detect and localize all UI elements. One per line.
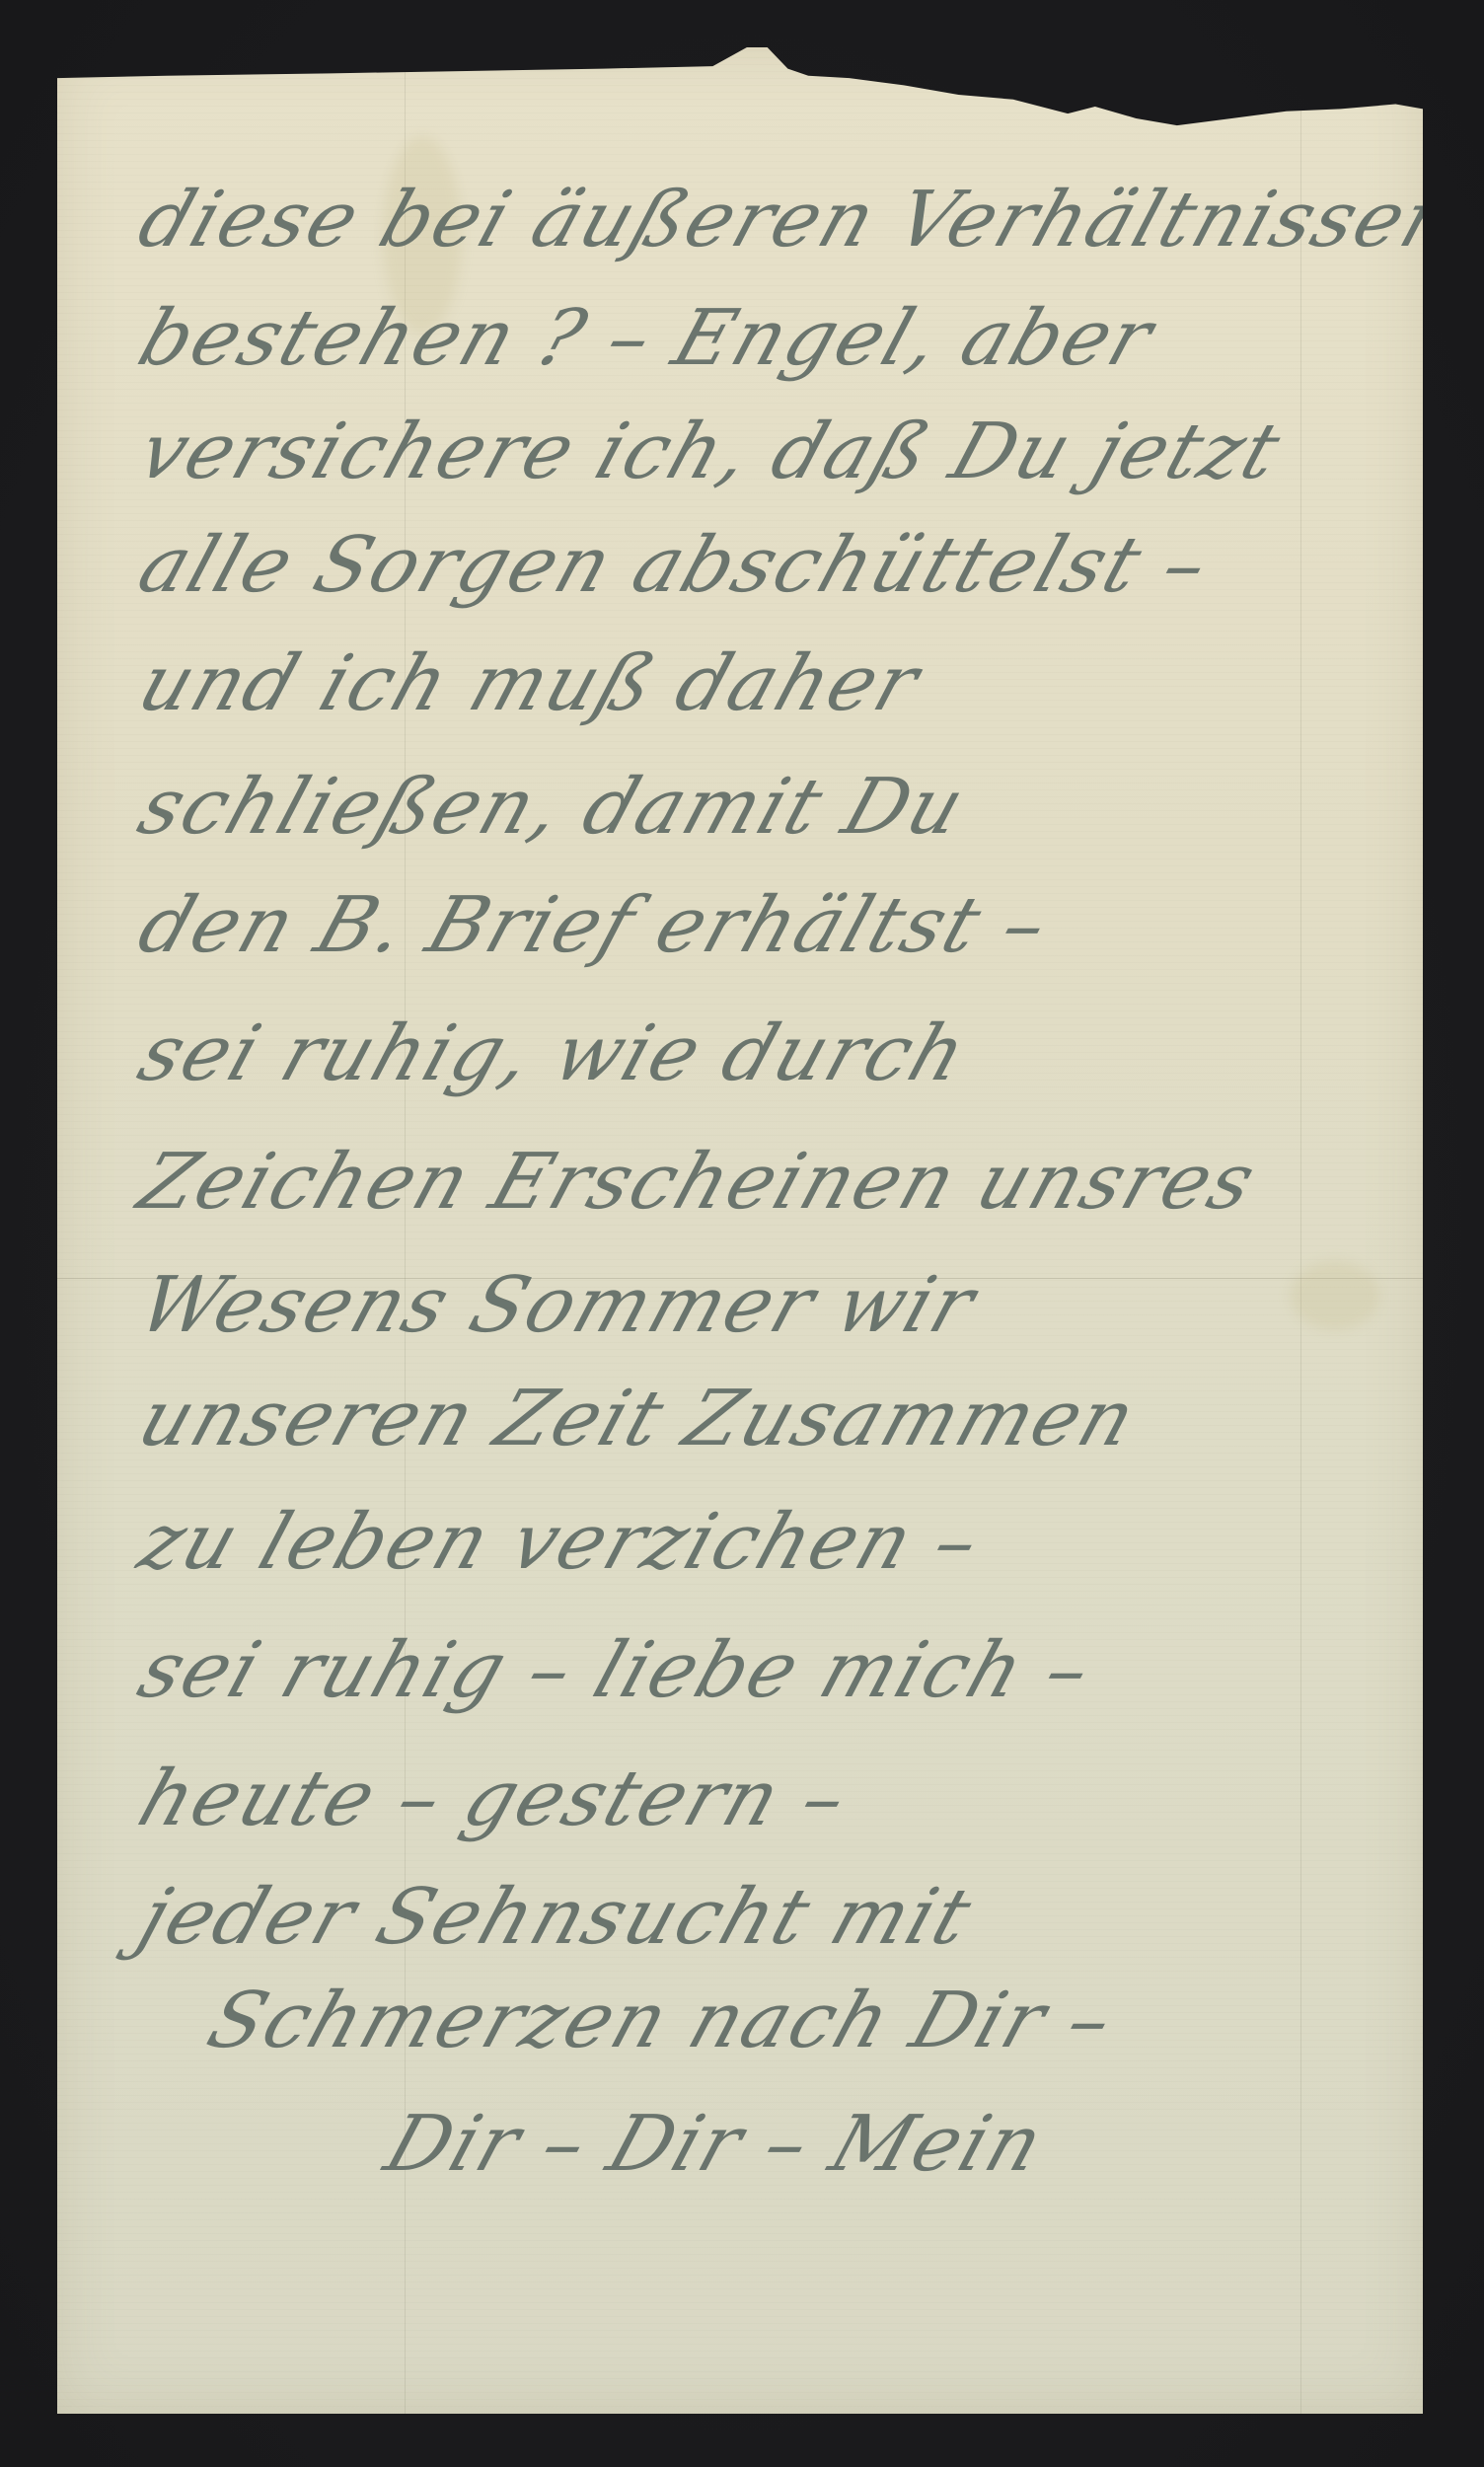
- text-line: zu leben verzichen –: [128, 1498, 992, 1587]
- text-line: sei ruhig, wie durch: [128, 1009, 978, 1098]
- text-line: Wesens Sommer wir: [128, 1261, 987, 1350]
- text-line: Zeichen Erscheinen unsres: [128, 1138, 1267, 1227]
- text-line: heute – gestern –: [128, 1755, 859, 1843]
- text-line: alle Sorgen abschüttelst –: [128, 521, 1221, 610]
- text-line: Schmerzen nach Dir –: [197, 1977, 1125, 2065]
- text-line: jeder Sehnsucht mit: [128, 1873, 983, 1962]
- text-line: schließen, damit Du: [128, 763, 977, 852]
- paper-stain: [1291, 1261, 1379, 1330]
- text-line: bestehen ? – Engel, aber: [128, 294, 1164, 383]
- text-line: Dir – Dir – Mein: [375, 2100, 1055, 2189]
- paper-crease: [1300, 47, 1301, 2414]
- text-line: versichere ich, daß Du jetzt: [128, 408, 1293, 496]
- paper-sheet: diese bei äußeren Verhältnissen bestehen…: [57, 47, 1423, 2414]
- text-line: den B. Brief erhältst –: [128, 881, 1060, 970]
- text-line: unseren Zeit Zusammen: [128, 1375, 1148, 1463]
- text-line: sei ruhig – liebe mich –: [128, 1626, 1103, 1715]
- scanned-document: diese bei äußeren Verhältnissen bestehen…: [0, 0, 1484, 2467]
- text-line: und ich muß daher: [128, 639, 930, 728]
- text-line: diese bei äußeren Verhältnissen: [128, 176, 1470, 264]
